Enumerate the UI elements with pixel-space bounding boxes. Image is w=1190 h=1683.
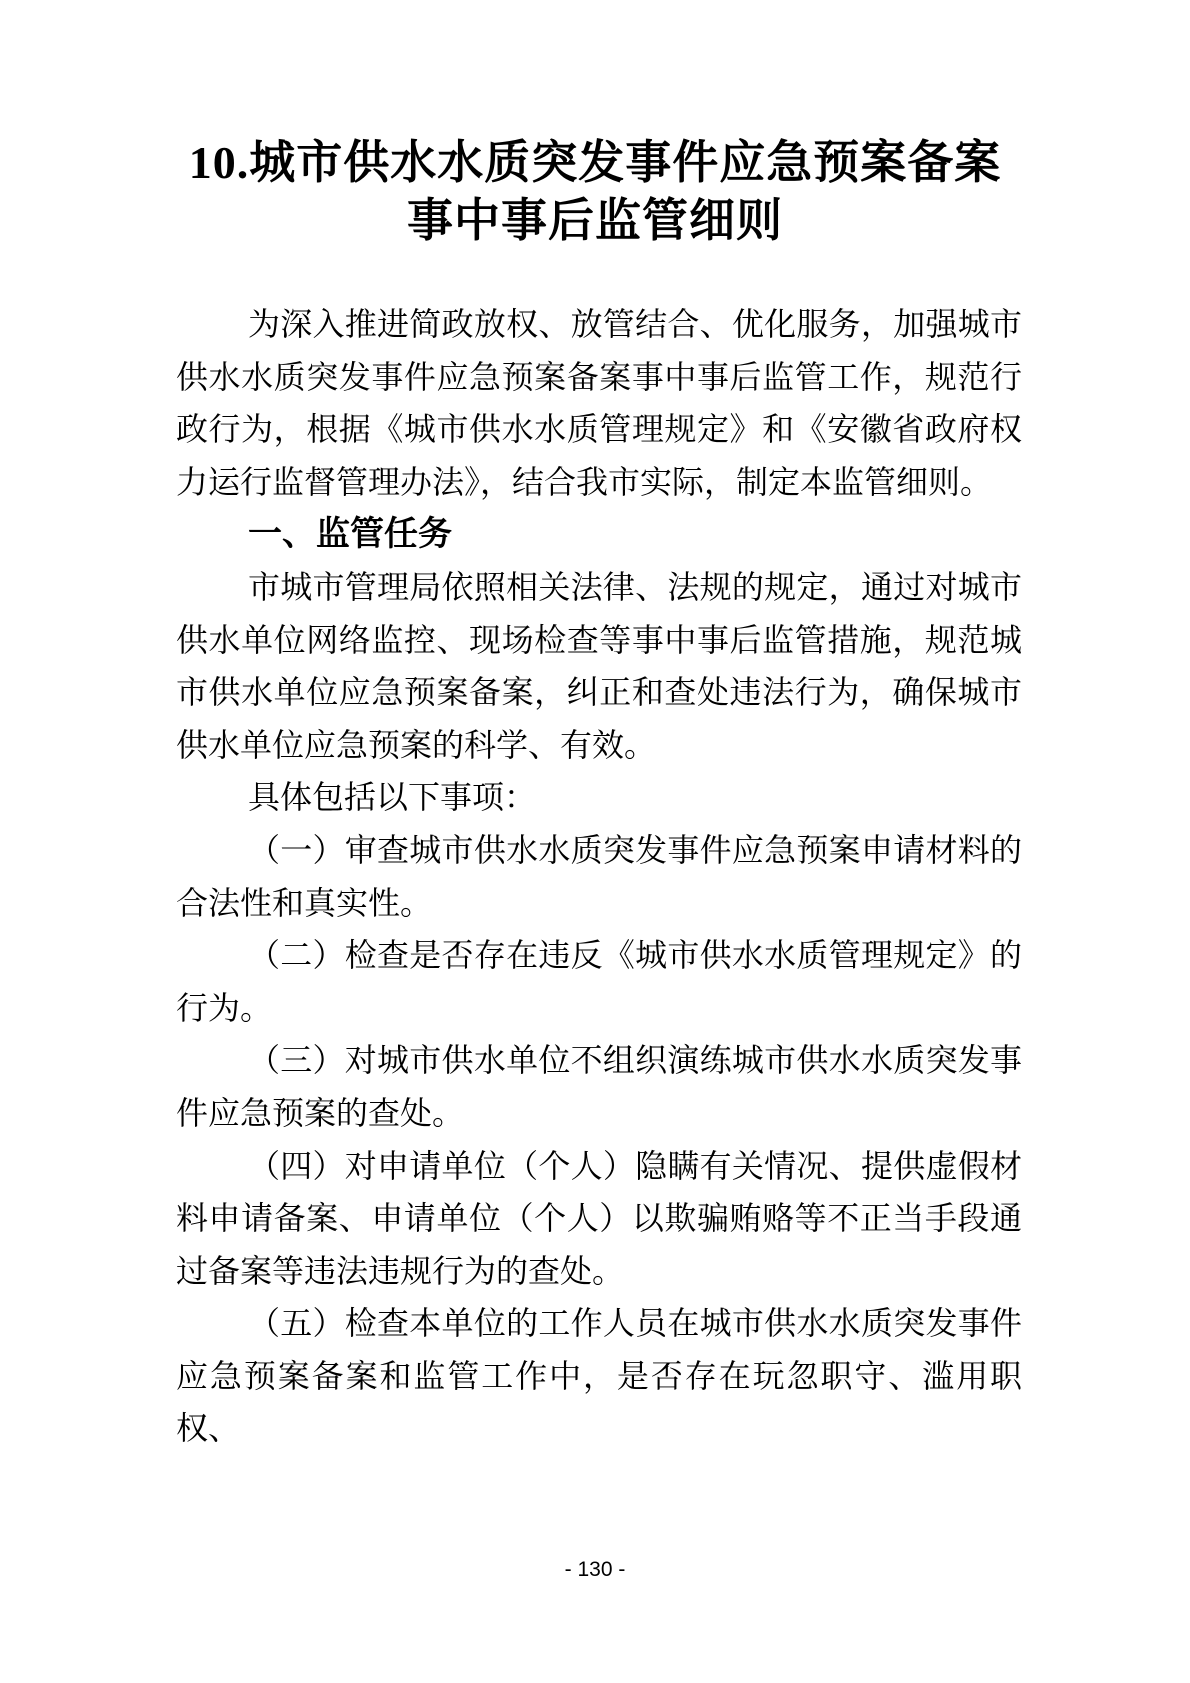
document-body: 为深入推进简政放权、放管结合、优化服务，加强城市供水水质突发事件应急预案备案事中… — [176, 298, 1022, 1455]
item-5-paragraph: （五）检查本单位的工作人员在城市供水水质突发事件应急预案备案和监管工作中，是否存… — [176, 1297, 1022, 1455]
document-title: 10.城市供水水质突发事件应急预案备案 事中事后监管细则 — [90, 134, 1100, 250]
item-3-paragraph: （三）对城市供水单位不组织演练城市供水水质突发事件应急预案的查处。 — [176, 1034, 1022, 1139]
task-overview-paragraph: 市城市管理局依照相关法律、法规的规定，通过对城市供水单位网络监控、现场检查等事中… — [176, 561, 1022, 771]
item-1-paragraph: （一）审查城市供水水质突发事件应急预案申请材料的合法性和真实性。 — [176, 824, 1022, 929]
document-page: 10.城市供水水质突发事件应急预案备案 事中事后监管细则 为深入推进简政放权、放… — [0, 0, 1190, 1683]
document-title-line-2: 事中事后监管细则 — [90, 192, 1100, 250]
item-4-paragraph: （四）对申请单位（个人）隐瞒有关情况、提供虚假材料申请备案、申请单位（个人）以欺… — [176, 1140, 1022, 1298]
items-intro-paragraph: 具体包括以下事项： — [176, 771, 1022, 824]
intro-paragraph: 为深入推进简政放权、放管结合、优化服务，加强城市供水水质突发事件应急预案备案事中… — [176, 298, 1022, 508]
page-footer: - 130 - — [0, 1558, 1190, 1582]
item-2-paragraph: （二）检查是否存在违反《城市供水水质管理规定》的行为。 — [176, 929, 1022, 1034]
section-heading-supervision-tasks: 一、监管任务 — [176, 508, 1022, 561]
page-number-label: - 130 - — [565, 1558, 626, 1581]
document-title-line-1: 10.城市供水水质突发事件应急预案备案 — [90, 134, 1100, 192]
